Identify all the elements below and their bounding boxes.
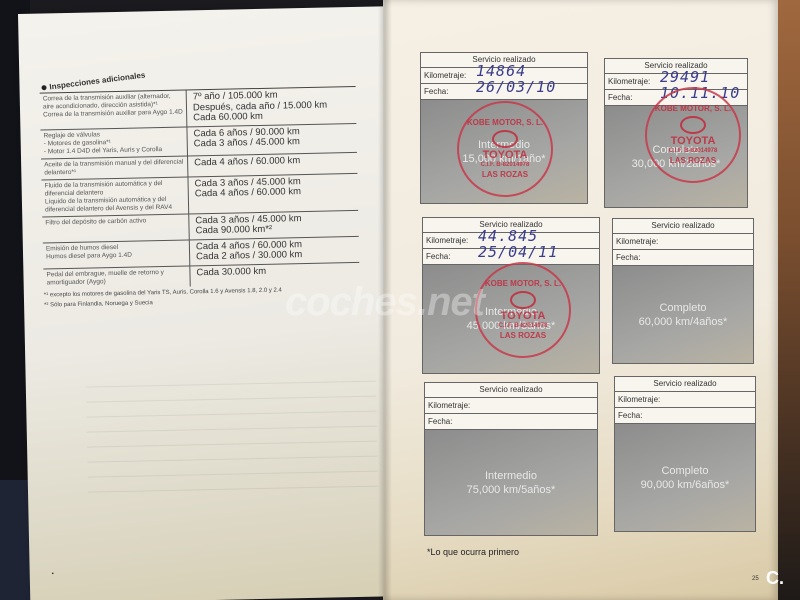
date-field: Fecha:: [613, 250, 753, 266]
table-row: Correa de la transmisión auxiliar (alter…: [40, 86, 357, 129]
section-heading: Inspecciones adicionales: [41, 44, 354, 92]
dealer-stamp: KOBE MOTOR, S. L. TOYOTA C.I.F. B-820149…: [645, 87, 741, 183]
service-panel: Completo 90,000 km/6años*: [615, 424, 755, 531]
table-row: Fluido de la transmisión automática y de…: [41, 172, 358, 216]
page-number-right: 25: [752, 576, 759, 582]
inspection-item: Aceite de la transmisión manual y del di…: [41, 156, 188, 179]
service-header: Servicio realizado: [613, 219, 753, 234]
inspection-interval: Cada 6 años / 90.000 kmCada 3 años / 45.…: [187, 123, 357, 155]
service-header: Servicio realizado: [425, 383, 597, 398]
mileage-field: Kilometraje:: [615, 392, 755, 408]
date-field: Fecha:: [425, 414, 597, 430]
inspection-interval: Cada 4 años / 60.000 km: [188, 152, 357, 176]
date-field: Fecha:: [615, 408, 755, 424]
inspection-item: Emisión de humos dieselHumos diesel para…: [43, 240, 190, 268]
service-interval: 60,000 km/4años*: [639, 315, 728, 329]
service-interval: 90,000 km/6años*: [641, 478, 730, 492]
service-type: Completo: [661, 464, 708, 478]
inspection-item: Fluido de la transmisión automática y de…: [41, 177, 189, 216]
inspection-item: Filtro del depósito de carbón activo: [42, 214, 189, 242]
date-field: Fecha: 26/03/10: [421, 84, 587, 100]
mileage-value: 29491: [660, 70, 710, 85]
toyota-logo-icon: [680, 116, 706, 134]
inspection-item: Correa de la transmisión auxiliar (alter…: [40, 90, 188, 129]
dealer-stamp: KOBE MOTOR, S. L. TOYOTA C.I.F. B-820149…: [457, 101, 553, 197]
site-logo: C.: [766, 568, 784, 589]
dealer-stamp: KOBE MOTOR, S. L. TOYOTA C.I.F. B-820149…: [475, 262, 571, 358]
inspection-table: Inspecciones adicionales Correa de la tr…: [39, 77, 360, 309]
inspection-interval: Cada 3 años / 45.000 kmCada 90.000 km*²: [189, 210, 358, 239]
service-interval: 75,000 km/5años*: [467, 483, 556, 497]
service-record-box: Servicio realizado Kilometraje: Fecha: I…: [424, 382, 598, 536]
inspection-interval: 7º año / 105.000 kmDespués, cada año / 1…: [187, 87, 357, 126]
service-record-box: Servicio realizado Kilometraje: 14864 Fe…: [420, 52, 588, 204]
service-panel: Intermedio 75,000 km/5años*: [425, 430, 597, 535]
service-record-box: Servicio realizado Kilometraje: Fecha: C…: [614, 376, 756, 532]
service-panel: Completo 60,000 km/4años*: [613, 266, 753, 363]
inspection-interval: Cada 4 años / 60.000 kmCada 2 años / 30.…: [190, 236, 359, 265]
service-type: Completo: [659, 301, 706, 315]
bullet-icon: [41, 85, 47, 91]
service-header: Servicio realizado: [615, 377, 755, 392]
mileage-value: 44.845: [478, 229, 538, 244]
mileage-value: 14864: [476, 64, 526, 79]
watermark: coches.net: [285, 280, 484, 325]
inspection-item: Pedal del embrague, muelle de retorno y …: [43, 266, 190, 289]
toyota-logo-icon: [510, 291, 536, 309]
date-value: 26/03/10: [476, 80, 556, 95]
mileage-field: Kilometraje:: [613, 234, 753, 250]
inspection-item: Reglaje de válvulas- Motores de gasolina…: [40, 127, 188, 158]
service-record-box: Servicio realizado Kilometraje: Fecha: C…: [612, 218, 754, 364]
page-number-left: •: [52, 571, 54, 577]
inspection-interval: Cada 3 años / 45.000 kmCada 4 años / 60.…: [188, 173, 358, 213]
date-value: 25/04/11: [478, 245, 558, 260]
footnote-first-occurrence: *Lo que ocurra primero: [427, 547, 519, 557]
service-record-box: Servicio realizado Kilometraje: 29491 Fe…: [604, 58, 748, 208]
service-type: Intermedio: [485, 469, 537, 483]
toyota-logo-icon: [492, 130, 518, 148]
show-through-text: [86, 367, 379, 507]
mileage-field: Kilometraje:: [425, 398, 597, 414]
